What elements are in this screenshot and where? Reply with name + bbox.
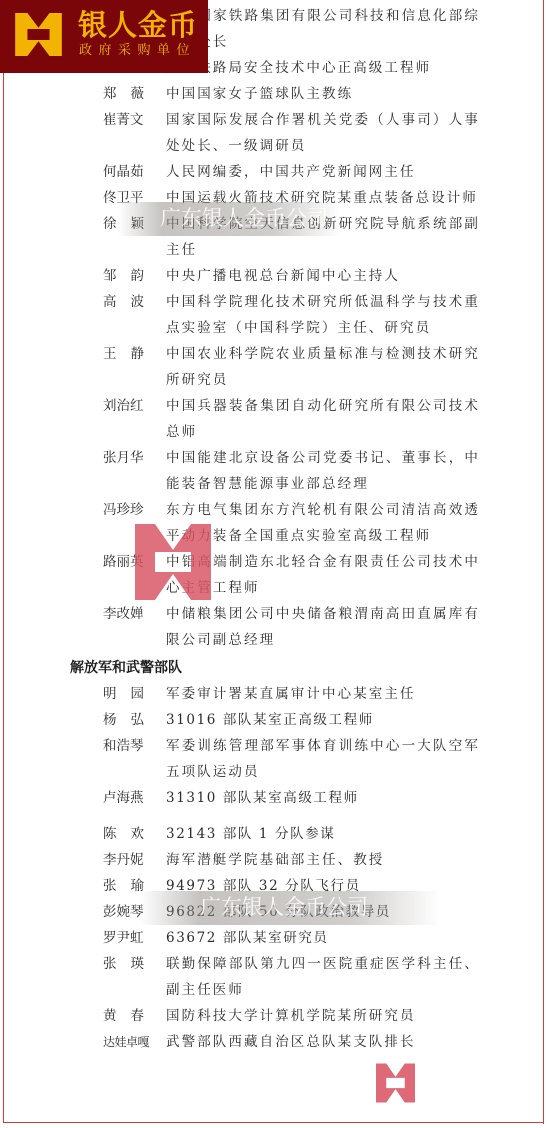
list-item: 张月华中国能建北京设备公司党委书记、董事长，中能装备智慧能源事业部总经理 — [0, 445, 548, 497]
person-name: 和浩琴 — [103, 733, 159, 759]
person-name: 郑薇 — [103, 81, 159, 107]
list-item: 张瑛联勤保障部队第九四一医院重症医学科主任、副主任医师 — [0, 951, 548, 1003]
section-heading-military: 解放军和武警部队 — [70, 655, 548, 681]
person-name: 高波 — [103, 289, 159, 315]
person-title: 31016 部队某室正高级工程师 — [166, 707, 480, 733]
list-item: 路丽英中铝高端制造东北轻合金有限责任公司技术中心主管工程师 — [0, 549, 548, 601]
list-item: 黄春国防科技大学计算机学院某所研究员 — [0, 1003, 548, 1029]
watermark-logo-icon — [135, 524, 211, 600]
person-title: 东方电气集团东方汽轮机有限公司清洁高效透平动力装备全国重点实验室高级工程师 — [166, 497, 480, 549]
person-title: 中国国家铁路集团有限公司科技和信息化部综合处处长 — [166, 3, 480, 55]
person-name: 邹韵 — [103, 263, 159, 289]
brand-title: 银人金币 — [78, 8, 198, 42]
list-item: 明园军委审计署某直属审计中心某室主任 — [0, 681, 548, 707]
person-title: 中储粮集团公司中央储备粮渭南高田直属库有限公司副总经理 — [166, 601, 480, 653]
watermark-text-1: 广东银人金币公司 — [160, 201, 328, 235]
person-name: 崔菁文 — [103, 107, 159, 133]
person-title: 中国科学院理化技术研究所低温科学与技术重点实验室（中国科学院）主任、研究员 — [166, 289, 480, 341]
person-title: 国家铁路局安全技术中心正高级工程师 — [166, 55, 480, 81]
person-name: 陈欢 — [103, 821, 159, 847]
list-item: 刘治红中国兵器装备集团自动化研究所有限公司技术总师 — [0, 393, 548, 445]
person-name: 卢海燕 — [103, 785, 159, 811]
list-item: 和浩琴军委训练管理部军事体育训练中心一大队空军五项队运动员 — [0, 733, 548, 785]
person-title: 31310 部队某室高级工程师 — [166, 785, 480, 811]
person-title: 国防科技大学计算机学院某所研究员 — [166, 1003, 480, 1029]
person-title: 中央广播电视总台新闻中心主持人 — [166, 263, 480, 289]
person-title: 中国国家女子篮球队主教练 — [166, 81, 480, 107]
list-item: 李丹妮海军潜艇学院基础部主任、教授 — [0, 847, 548, 873]
military-list: 明园军委审计署某直属审计中心某室主任杨弘31016 部队某室正高级工程师和浩琴军… — [0, 681, 548, 1055]
list-item: 郑薇中国国家女子篮球队主教练 — [0, 81, 548, 107]
list-item: 邹韵中央广播电视总台新闻中心主持人 — [0, 263, 548, 289]
person-name: 达娃卓嘎 — [103, 1029, 159, 1055]
person-name: 黄春 — [103, 1003, 159, 1029]
person-name: 张月华 — [103, 445, 159, 471]
list-item: 卢海燕31310 部队某室高级工程师 — [0, 785, 548, 811]
person-name: 明园 — [103, 681, 159, 707]
brand-subtitle: 政府采购单位 — [79, 43, 196, 59]
page-border-bottom — [3, 1122, 544, 1123]
person-name: 张瑛 — [103, 951, 159, 977]
watermark-logo-small-icon — [376, 1063, 415, 1103]
list-item: 达娃卓嘎武警部队西藏自治区总队某支队排长 — [0, 1029, 548, 1055]
watermark-text-2: 广东银人金币公司 — [200, 890, 368, 924]
person-title: 中国能建北京设备公司党委书记、董事长，中能装备智慧能源事业部总经理 — [166, 445, 480, 497]
list-item: 李改婵中储粮集团公司中央储备粮渭南高田直属库有限公司副总经理 — [0, 601, 548, 653]
person-title: 人民网编委，中国共产党新闻网主任 — [166, 159, 480, 185]
list-item: 杨弘31016 部队某室正高级工程师 — [0, 707, 548, 733]
person-title: 中国兵器装备集团自动化研究所有限公司技术总师 — [166, 393, 480, 445]
person-title: 中铝高端制造东北轻合金有限责任公司技术中心主管工程师 — [166, 549, 480, 601]
person-title: 63672 部队某室研究员 — [166, 925, 480, 951]
person-name: 杨弘 — [103, 707, 159, 733]
person-title: 海军潜艇学院基础部主任、教授 — [166, 847, 480, 873]
person-title: 武警部队西藏自治区总队某支队排长 — [166, 1029, 480, 1055]
person-name: 冯珍珍 — [103, 497, 159, 523]
person-name: 李丹妮 — [103, 847, 159, 873]
person-title: 军委审计署某直属审计中心某室主任 — [166, 681, 480, 707]
list-item: 崔菁文国家国际发展合作署机关党委（人事司）人事处处长、一级调研员 — [0, 107, 548, 159]
list-item: 何晶茹人民网编委，中国共产党新闻网主任 — [0, 159, 548, 185]
person-title: 军委训练管理部军事体育训练中心一大队空军五项队运动员 — [166, 733, 480, 785]
person-name: 李改婵 — [103, 601, 159, 627]
person-title: 国家国际发展合作署机关党委（人事司）人事处处长、一级调研员 — [166, 107, 480, 159]
person-title: 中国农业科学院农业质量标准与检测技术研究所研究员 — [166, 341, 480, 393]
spacer — [0, 811, 548, 821]
person-title: 联勤保障部队第九四一医院重症医学科主任、副主任医师 — [166, 951, 480, 1003]
person-name: 王静 — [103, 341, 159, 367]
person-name: 罗尹虹 — [103, 925, 159, 951]
list-item: 王静中国农业科学院农业质量标准与检测技术研究所研究员 — [0, 341, 548, 393]
civilian-list: 中国国家铁路集团有限公司科技和信息化部综合处处长国家铁路局安全技术中心正高级工程… — [0, 3, 548, 653]
person-name: 何晶茹 — [103, 159, 159, 185]
list-item: 高波中国科学院理化技术研究所低温科学与技术重点实验室（中国科学院）主任、研究员 — [0, 289, 548, 341]
person-name: 刘治红 — [103, 393, 159, 419]
person-title: 32143 部队 1 分队参谋 — [166, 821, 480, 847]
brand-h-logo-icon — [15, 13, 62, 56]
list-item: 罗尹虹63672 部队某室研究员 — [0, 925, 548, 951]
list-item: 冯珍珍东方电气集团东方汽轮机有限公司清洁高效透平动力装备全国重点实验室高级工程师 — [0, 497, 548, 549]
list-item: 陈欢32143 部队 1 分队参谋 — [0, 821, 548, 847]
brand-logo-banner: 银人金币 政府采购单位 — [0, 0, 208, 73]
